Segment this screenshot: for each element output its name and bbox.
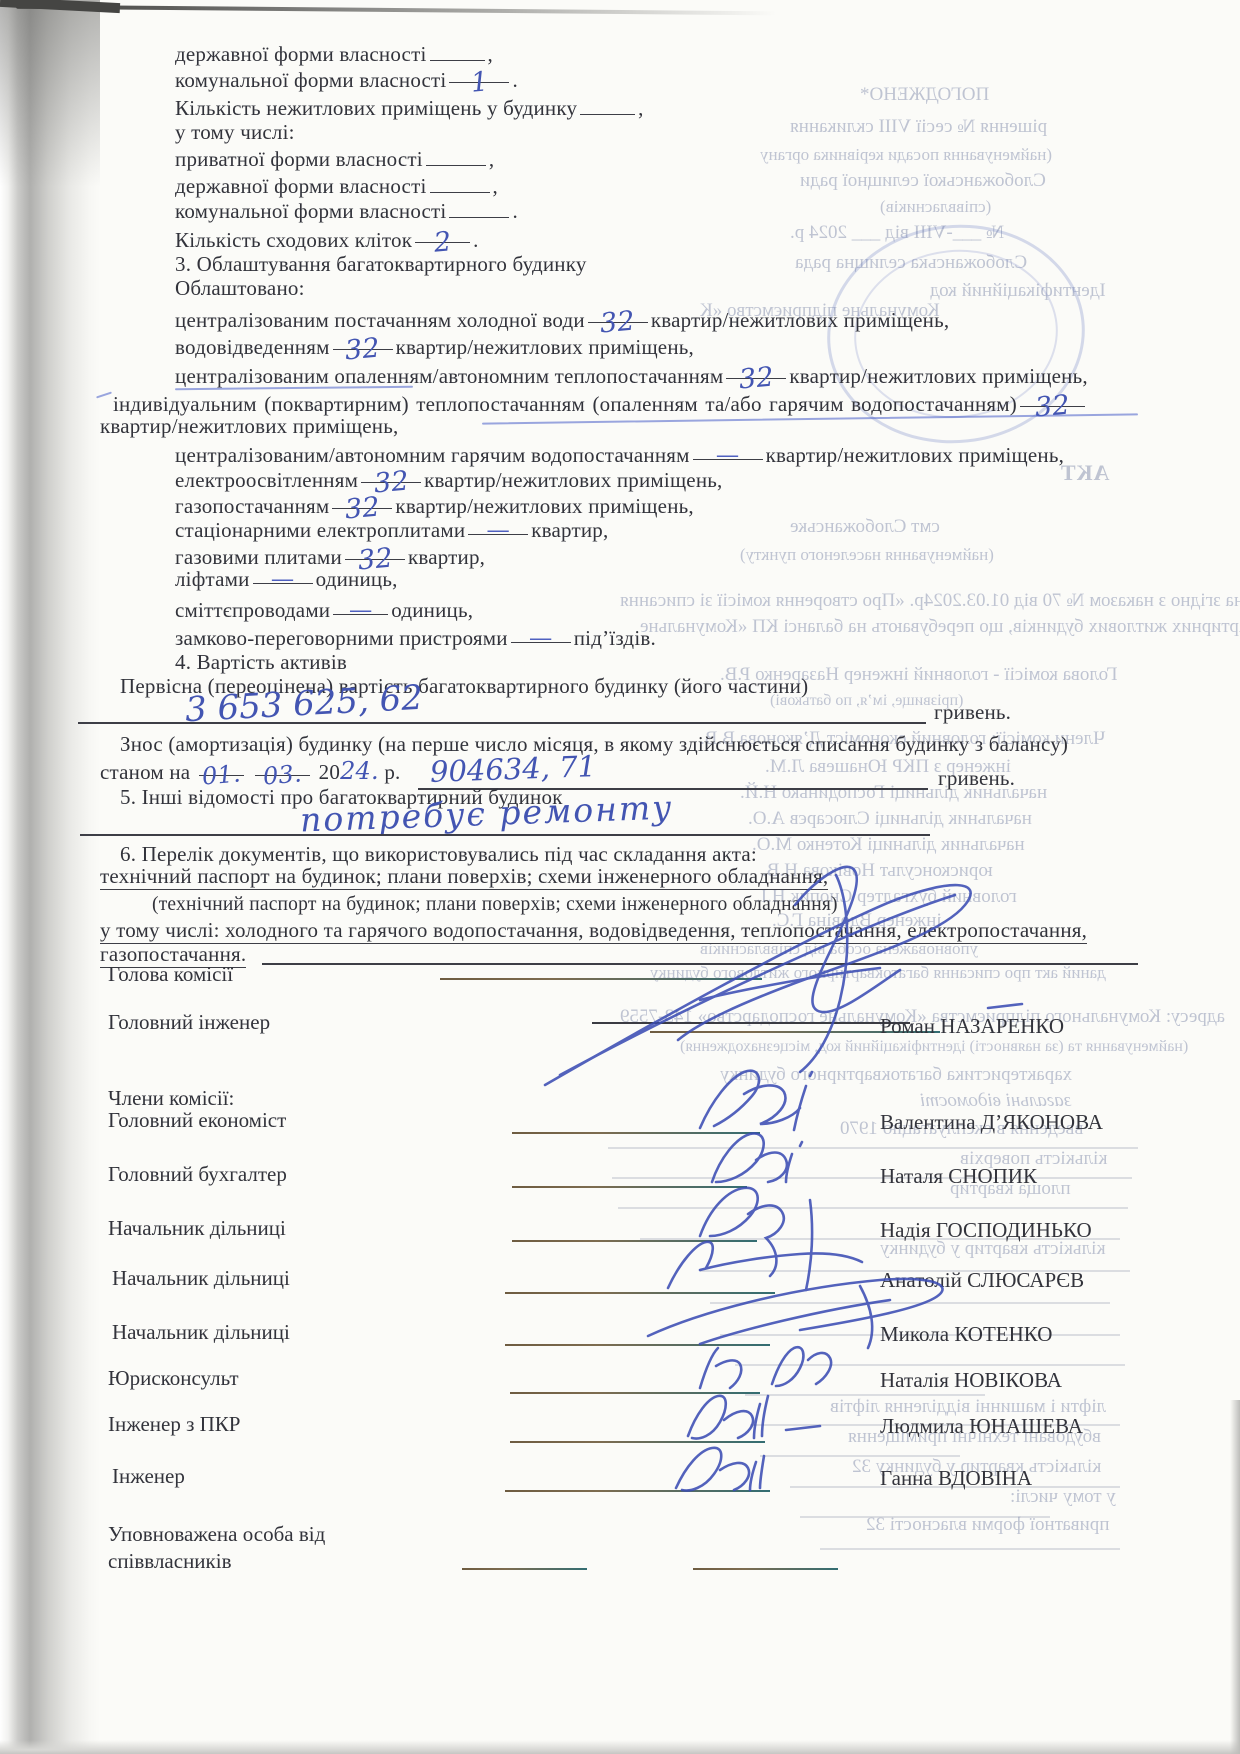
line-text: квартир/нежитлових приміщень,	[424, 468, 722, 492]
blank-field: 01.	[199, 759, 244, 776]
name-pkr-engineer: Людмила ЮНАШЕВА	[880, 1414, 1083, 1439]
role-lawyer: Юрисконсульт	[108, 1366, 239, 1391]
section-title: 6. Перелік документів, що використовувал…	[120, 842, 757, 866]
form-line-documents: технічний паспорт на будинок; плани пове…	[100, 864, 828, 889]
blank-field: —	[511, 626, 571, 643]
signature-lawyer-ink	[700, 1347, 831, 1388]
line-text: електроосвітленням	[175, 468, 358, 492]
role-authorized-person2: співвласників	[108, 1549, 232, 1574]
form-line-hot-water: централізованим/автономним гарячим водоп…	[175, 443, 1064, 468]
bleedthrough-line	[760, 1455, 960, 1457]
signature-line-economist	[512, 1132, 760, 1134]
line-text: водовідведенням	[175, 335, 330, 359]
signature-line-lawyer	[510, 1392, 760, 1394]
line-text: у тому числі:	[175, 120, 295, 144]
bleedthrough-text: загальні відомості	[920, 1090, 1071, 1112]
underlined-text: у тому числі: холодного та гарячого водо…	[100, 918, 1087, 944]
bleedthrough-text: (співвласників)	[880, 196, 991, 218]
bleedthrough-text: АКТ	[1060, 462, 1110, 484]
bleedthrough-text: начальник дільниці Слюсарєв А.О.	[748, 808, 1032, 830]
role-chair: Голова комісії	[108, 962, 233, 987]
line-text: комунальної форми власності	[175, 68, 446, 92]
signature-line-foreman3	[505, 1344, 770, 1346]
signature-line-chair	[440, 978, 762, 980]
blank-field: 32	[1020, 390, 1085, 407]
scan-top-edge-line	[16, 5, 776, 16]
signature-line-engineer	[505, 1490, 770, 1492]
line-text: .	[473, 228, 478, 252]
line-text: державної форми власності	[175, 174, 427, 198]
name-foreman1: Надія ГОСПОДИНЬКО	[880, 1218, 1092, 1243]
form-line-elevators: ліфтами—одиниць,	[175, 567, 398, 592]
bleedthrough-line	[735, 1364, 1125, 1366]
value-underline	[78, 722, 926, 724]
role-engineer: Інженер	[112, 1464, 185, 1489]
bleedthrough-line	[710, 1302, 1110, 1304]
handwritten-dash: —	[530, 625, 551, 650]
underlined-text: технічний паспорт на будинок; плани пове…	[100, 864, 828, 890]
line-text: ,	[638, 96, 643, 120]
bleedthrough-text: (найменування населеного пункту)	[740, 544, 994, 566]
role-authorized-person: Уповноважена особа від	[108, 1522, 325, 1547]
blank-field: 1	[449, 66, 509, 83]
bleedthrough-text: рішення № сесії VIII скликання	[790, 116, 1047, 138]
form-line-garbage-chutes: сміттєпроводами—одиниць,	[175, 598, 473, 623]
bleedthrough-line	[612, 1177, 1132, 1179]
blank-field: —	[333, 598, 388, 615]
role-foreman3: Начальник дільниці	[112, 1320, 290, 1345]
form-line-hryvnia1: гривень.	[934, 700, 1011, 725]
name-accountant: Наталя СНОПИК	[880, 1164, 1037, 1189]
role-foreman2: Начальник дільниці	[112, 1266, 290, 1291]
signature-line-accountant	[512, 1186, 747, 1188]
form-line-cold-water: централізованим постачанням холодної вод…	[175, 306, 949, 333]
name-chief-engineer: Роман НАЗАРЕНКО	[880, 1014, 1064, 1039]
form-line-individual-heating-cont: квартир/нежитлових приміщень,	[100, 414, 398, 439]
line-text: квартир/нежитлових приміщень,	[651, 308, 949, 332]
line-text: сміттєпроводами	[175, 598, 330, 622]
section-title: 4. Вартість активів	[175, 650, 347, 674]
line-text: квартир/нежитлових приміщень,	[396, 335, 694, 359]
section-title: 3. Облаштування багатоквартирного будинк…	[175, 252, 587, 276]
blank-field: 03.	[255, 759, 310, 776]
name-engineer: Ганна ВДОВІНА	[880, 1466, 1032, 1491]
blank-field: 32	[333, 333, 393, 350]
bleedthrough-text: багатоквартирних житлових будинків, що п…	[640, 616, 1240, 638]
bleedthrough-text: Слобожанської селищної ради	[800, 170, 1046, 192]
handwritten-dash: —	[272, 566, 293, 591]
blank-field: —	[468, 518, 528, 535]
bleedthrough-line	[800, 1516, 1050, 1518]
line-text: комунальної форми власності	[175, 199, 446, 223]
blank-field: 32	[361, 466, 421, 483]
line-text: індивідуальним (поквартирним) теплопоста…	[113, 392, 1017, 416]
form-line-electric-stoves: стаціонарними електроплитами—квартир,	[175, 518, 608, 543]
blank-field: 2	[415, 226, 470, 243]
name-line-authorized	[693, 1568, 838, 1570]
bleedthrough-text: характеристика багатоквартирного будинку	[720, 1064, 1072, 1086]
form-line-intercoms: замково-переговорними пристроями—під’їзд…	[175, 626, 656, 651]
blank-field: 32	[726, 362, 786, 379]
line-text: Кількість сходових кліток	[175, 228, 412, 252]
line-text: ліфтами	[175, 567, 250, 591]
form-line-gas-stoves: газовими плитами32квартир,	[175, 543, 485, 570]
scan-bottom-edge	[0, 1740, 1240, 1754]
line-text: стаціонарними електроплитами	[175, 518, 465, 542]
line-text: квартир,	[408, 545, 485, 569]
blank-field: 32	[345, 543, 405, 560]
bleedthrough-text: даний акт про списання багатоквартирного…	[650, 962, 1106, 984]
bleedthrough-line	[820, 1548, 1120, 1550]
blank-field: 32	[332, 492, 392, 509]
scan-left-edge	[0, 0, 100, 1754]
role-pkr-engineer: Інженер з ПКР	[108, 1412, 241, 1437]
line-text: газовими плитами	[175, 545, 342, 569]
blank-field: —	[253, 567, 313, 584]
blank-field	[580, 98, 635, 115]
line-text: квартир/нежитлових приміщень,	[395, 494, 693, 518]
handwritten-dash: —	[350, 597, 371, 622]
bleedthrough-line	[608, 1147, 1138, 1149]
line-text: квартир,	[531, 518, 608, 542]
handwritten-value: 32	[344, 336, 381, 364]
signature-line-chief-engineer	[592, 1022, 910, 1024]
bleedthrough-text: (найменування та (за наявності) ідентифі…	[680, 1036, 1188, 1058]
handwritten-dash: —	[488, 517, 509, 542]
line-text: одиниць,	[391, 598, 473, 622]
line-text: (технічний паспорт на будинок; плани пов…	[152, 894, 838, 915]
form-line-ownership-state1: державної форми власності,	[175, 42, 493, 67]
signature-engineer-ink	[676, 1448, 764, 1491]
signature-foreman2-ink	[668, 1200, 862, 1290]
name-economist: Валентина Д’ЯКОНОВА	[880, 1110, 1103, 1135]
bleedthrough-text: ПОГОДЖЕНО*	[860, 84, 989, 106]
blank-field	[426, 149, 486, 166]
form-section4-title: 4. Вартість активів	[175, 650, 347, 675]
form-line-state-ownership2: державної форми власності,	[175, 174, 498, 199]
bleedthrough-line	[618, 1207, 1128, 1209]
line-text: ,	[489, 147, 494, 171]
form-line-communal-ownership2: комунальної форми власності.	[175, 199, 518, 224]
blank-field	[430, 44, 485, 61]
name-lawyer: Наталія НОВІКОВА	[880, 1368, 1062, 1393]
line-text: централізованим постачанням холодної вод…	[175, 308, 585, 332]
line-text: Кількість нежитлових приміщень у будинку	[175, 96, 577, 120]
role-foreman1: Начальник дільниці	[108, 1216, 286, 1241]
line-text: ,	[488, 42, 493, 66]
signature-line-foreman2	[505, 1292, 775, 1294]
bleedthrough-line	[745, 1394, 985, 1396]
trailing-underline	[262, 963, 1138, 965]
line-text: одиниць,	[316, 567, 398, 591]
form-line-private-ownership: приватної форми власності,	[175, 147, 494, 172]
form-line-hryvnia2: гривень.	[938, 766, 1015, 791]
line-text: ,	[493, 174, 498, 198]
form-line-central-heating: централізованим опаленням/автономним теп…	[175, 362, 1088, 389]
form-line-documents-note: (технічний паспорт на будинок; плани пов…	[152, 892, 838, 917]
handwritten-year: 24.	[340, 757, 379, 785]
signature-line-authorized	[462, 1568, 587, 1570]
blank-field: 32	[588, 306, 648, 323]
line-text: квартир/нежитлових приміщень,	[789, 364, 1087, 388]
line-text: квартир/нежитлових приміщень,	[100, 414, 398, 438]
line-text: газопостачанням	[175, 494, 329, 518]
value-underline	[80, 834, 930, 836]
line-text: квартир/нежитлових приміщень,	[766, 443, 1064, 467]
form-line-as-of-date: станом на 01. 03. 2024. р.	[100, 759, 400, 785]
signature-line-foreman1	[512, 1240, 757, 1242]
form-line-equipped: Облаштовано:	[175, 276, 305, 301]
handwritten-depreciation-value: 904634, 71	[429, 749, 596, 789]
form-section3-title: 3. Облаштування багатоквартирного будинк…	[175, 252, 587, 277]
signature-foreman1-ink	[700, 1188, 784, 1276]
handwritten-dash: —	[717, 442, 738, 467]
line-text: державної форми власності	[175, 42, 427, 66]
form-line-nonresidential-count: Кількість нежитлових приміщень у будинку…	[175, 96, 644, 121]
line-text: р.	[384, 760, 400, 784]
handwritten-value: 1	[470, 69, 490, 95]
name-foreman3: Микола КОТЕНКО	[880, 1322, 1052, 1347]
scanned-act-document-page: ПОГОДЖЕНО* рішення № сесії VIII скликанн…	[0, 0, 1240, 1754]
form-line-sewerage: водовідведенням32квартир/нежитлових прим…	[175, 333, 694, 360]
signature-accountant-ink	[712, 1133, 802, 1182]
line-text: гривень.	[938, 766, 1015, 790]
role-economist: Головний економіст	[108, 1108, 286, 1133]
line-text: .	[512, 199, 517, 223]
form-line-staircases: Кількість сходових кліток2.	[175, 226, 479, 253]
form-line-electric-lighting: електроосвітленням32квартир/нежитлових п…	[175, 466, 723, 493]
name-foreman2: Анатолій СЛЮСАРЄВ	[880, 1268, 1084, 1293]
line-text: централізованим/автономним гарячим водоп…	[175, 443, 690, 467]
handwritten-value: 32	[738, 365, 775, 393]
line-text: централізованим опаленням/автономним теп…	[175, 364, 723, 388]
bleedthrough-text: (найменування посади керівника органу	[760, 144, 1052, 166]
line-text: під’їздів.	[574, 626, 656, 650]
role-accountant: Головний бухгалтер	[108, 1162, 287, 1187]
form-line-individual-heating: індивідуальним (поквартирним) теплопоста…	[113, 390, 1088, 417]
signature-pkr-ink	[688, 1396, 820, 1439]
scan-right-edge	[1230, 1400, 1240, 1754]
form-line-gas-supply: газопостачанням32квартир/нежитлових прим…	[175, 492, 694, 519]
blank-field	[430, 176, 490, 193]
line-text: замково-переговорними пристроями	[175, 626, 508, 650]
line-text: приватної форми власності	[175, 147, 423, 171]
blank-field: —	[693, 443, 763, 460]
bleedthrough-text: начальник дільниці Котенко М.О.	[752, 834, 1025, 856]
line-text: станом на	[100, 760, 190, 784]
form-line-ownership-communal1: комунальної форми власності1.	[175, 66, 518, 93]
line-text: .	[512, 68, 517, 92]
signature-line-pkr-engineer	[510, 1441, 765, 1443]
role-chief-engineer: Головний інженер	[108, 1010, 270, 1035]
line-text: 20	[319, 760, 340, 784]
bleedthrough-text: комісія, утворена згідно з наказом № 70 …	[620, 590, 1240, 612]
form-line-including: у тому числі:	[175, 120, 295, 145]
line-text: Облаштовано:	[175, 276, 305, 300]
line-text: гривень.	[934, 700, 1011, 724]
scan-left-edge-shadow	[0, 0, 100, 220]
form-line-documents-including: у тому числі: холодного та гарячого водо…	[100, 918, 1087, 943]
bleedthrough-text: смт Слобожанське	[790, 516, 940, 538]
blank-field	[449, 201, 509, 218]
